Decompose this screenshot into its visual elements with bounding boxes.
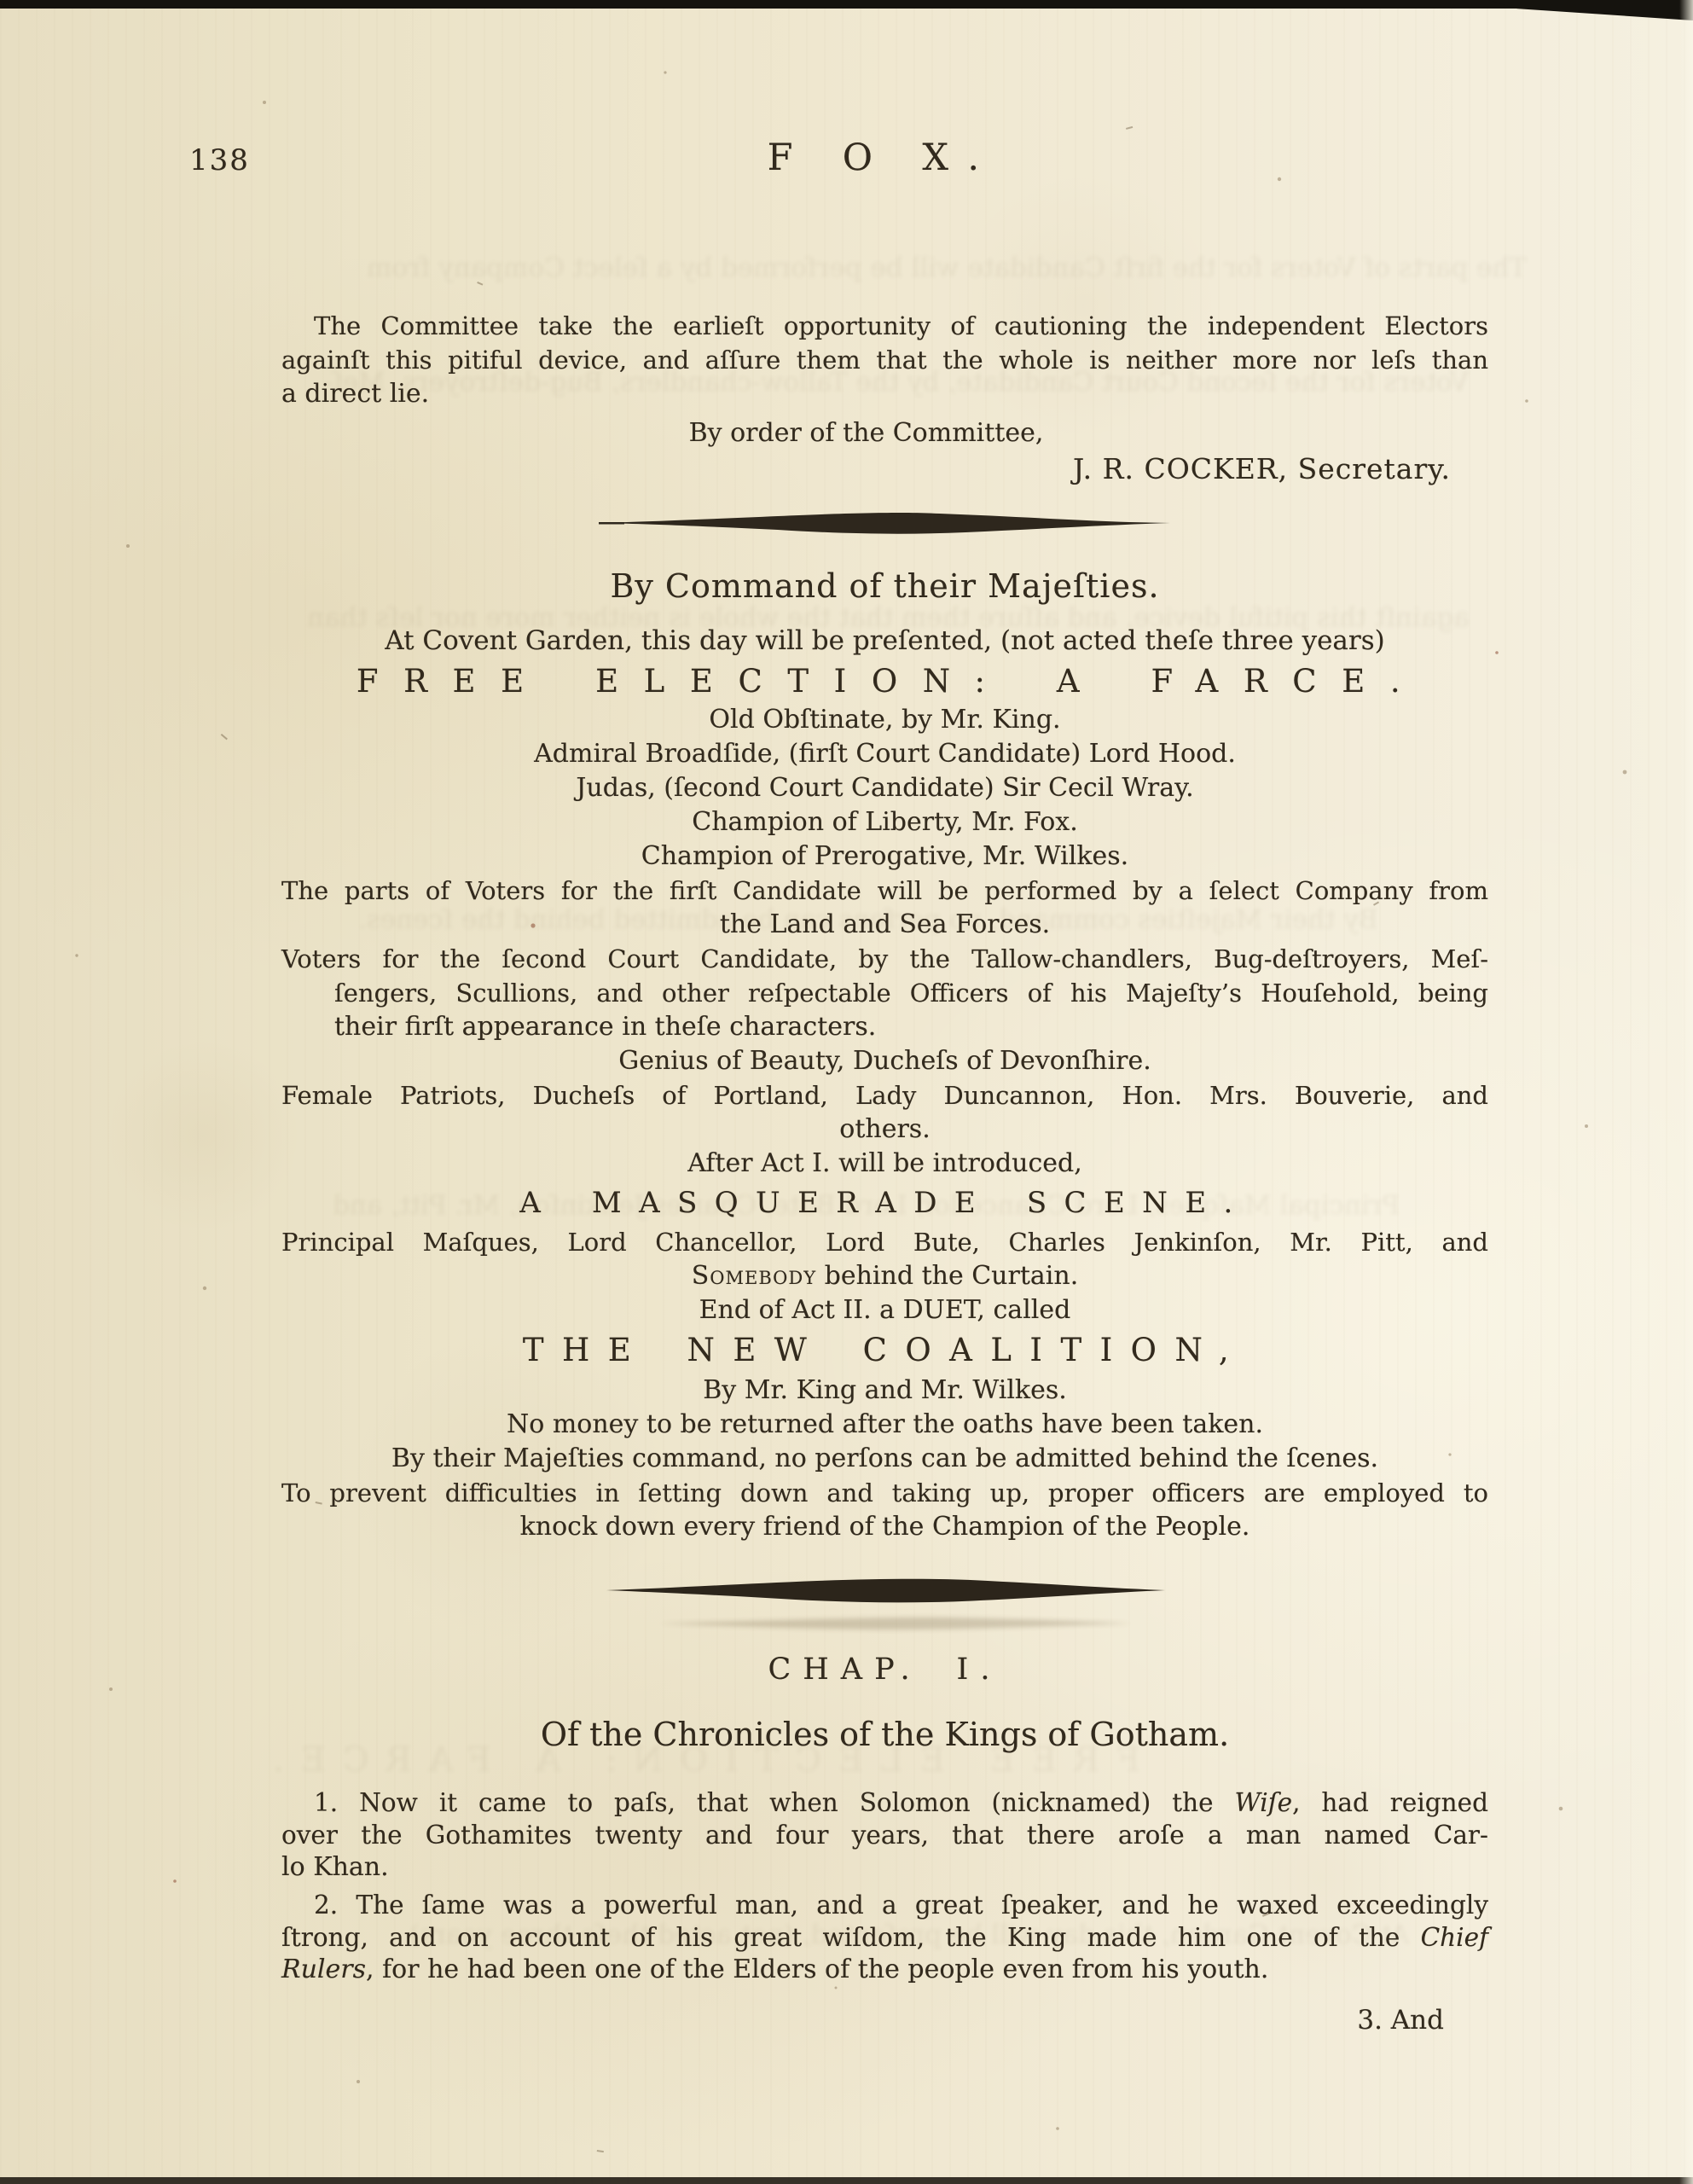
text-line: Genius of Beauty, Ducheſs of Devonſhire. bbox=[281, 1044, 1488, 1078]
text-segment: Champion of Prerogative, Mr. Wilkes. bbox=[641, 841, 1128, 871]
text-segment: againſt this pitiful device, and aſſure … bbox=[281, 346, 1488, 375]
text-segment: a direct lie. bbox=[281, 379, 429, 409]
text-segment: End of Act II. a DUET, called bbox=[699, 1295, 1071, 1325]
text-line: Female Patriots, Ducheſs of Portland, La… bbox=[281, 1078, 1488, 1112]
playbill-body: Old Obſtinate, by Mr. King.Admiral Broad… bbox=[281, 703, 1488, 1544]
text-segment: Voters for the ſecond Court Candidate, b… bbox=[281, 944, 1488, 973]
text-segment: The parts of Voters for the firſt Candid… bbox=[281, 876, 1488, 905]
text-line: End of Act II. a DUET, called bbox=[281, 1293, 1488, 1327]
swelled-rule-divider bbox=[281, 510, 1488, 539]
italic-text: Rulers bbox=[281, 1955, 366, 1984]
text-segment: Genius of Beauty, Ducheſs of Devonſhire. bbox=[618, 1046, 1151, 1076]
text-line: The Committee take the earlieſt opportun… bbox=[281, 309, 1488, 343]
text-segment: Champion of Liberty, Mr. Fox. bbox=[692, 807, 1077, 837]
text-segment: the Land and Sea Forces. bbox=[720, 909, 1050, 939]
text-segment: To prevent difficulties in ſetting down … bbox=[281, 1478, 1488, 1507]
text-segment: Old Obſtinate, by Mr. King. bbox=[709, 705, 1060, 735]
committee-signature: J. R. COCKER, Secretary. bbox=[281, 450, 1488, 488]
verso-show-through: The parts of Voters for the firſt Candid… bbox=[367, 253, 1527, 283]
text-line: ſengers, Scullions, and other reſpectabl… bbox=[281, 976, 1488, 1010]
text-line: 1. Now it came to paſs, that when Solomo… bbox=[281, 1786, 1488, 1819]
chapter-opening: CHAP. I. Of the Chronicles of the Kings … bbox=[281, 1650, 1488, 2036]
text-segment: No money to be returned after the oaths … bbox=[507, 1409, 1263, 1439]
chapter-subtitle: Of the Chronicles of the Kings of Gotham… bbox=[281, 1713, 1488, 1756]
scan-top-edge bbox=[0, 0, 1693, 9]
text-segment: , for he had been one of the Elders of t… bbox=[366, 1955, 1268, 1984]
text-line: their firſt appearance in theſe characte… bbox=[281, 1010, 1488, 1044]
text-line: No money to be returned after the oaths … bbox=[281, 1408, 1488, 1442]
text-line: Old Obſtinate, by Mr. King. bbox=[281, 703, 1488, 737]
chapter-verses: 1. Now it came to paſs, that when Solomo… bbox=[281, 1786, 1488, 1986]
text-line: Champion of Liberty, Mr. Fox. bbox=[281, 805, 1488, 839]
text-line: The parts of Voters for the firſt Candid… bbox=[281, 874, 1488, 908]
text-line: againſt this pitiful device, and aſſure … bbox=[281, 343, 1488, 377]
swelled-rule-icon bbox=[604, 1577, 1167, 1606]
text-line: After Act I. will be introduced, bbox=[281, 1147, 1488, 1181]
text-column: The Committee take the earlieſt opportun… bbox=[281, 309, 1488, 2036]
ghost-rule-icon bbox=[656, 1614, 1133, 1633]
text-segment: Female Patriots, Ducheſs of Portland, La… bbox=[281, 1081, 1488, 1110]
committee-notice: The Committee take the earlieſt opportun… bbox=[281, 309, 1488, 488]
text-segment: Principal Maſques, Lord Chancellor, Lord… bbox=[281, 1228, 1488, 1257]
text-line: a direct lie. bbox=[281, 377, 1488, 411]
text-line: THE NEW COALITION, bbox=[281, 1327, 1488, 1374]
text-line: the Land and Sea Forces. bbox=[281, 908, 1488, 942]
text-line: Judas, (ſecond Court Candidate) Sir Ceci… bbox=[281, 771, 1488, 805]
swelled-rule-divider bbox=[281, 1577, 1488, 1606]
text-line: over the Gothamites twenty and four year… bbox=[281, 1819, 1488, 1851]
committee-notice-body: The Committee take the earlieſt opportun… bbox=[281, 309, 1488, 411]
text-line: Rulers, for he had been one of the Elder… bbox=[281, 1954, 1488, 1986]
playbill-title: FREE ELECTION: A FARCE. bbox=[293, 660, 1488, 703]
text-line: Admiral Broadſide, (firſt Court Candidat… bbox=[281, 737, 1488, 771]
text-line: others. bbox=[281, 1112, 1488, 1147]
text-segment: THE NEW COALITION, bbox=[523, 1332, 1247, 1368]
text-segment: behind the Curtain. bbox=[816, 1261, 1078, 1291]
text-segment: 1. Now it came to paſs, that when Solomo… bbox=[314, 1788, 1234, 1817]
text-line: To prevent difficulties in ſetting down … bbox=[281, 1476, 1488, 1510]
italic-text: Wiſe bbox=[1234, 1788, 1292, 1817]
page-fore-edge bbox=[1679, 0, 1693, 2184]
text-segment: ſtrong, and on account of his great wiſd… bbox=[281, 1923, 1421, 1952]
committee-byline: By order of the Committee, bbox=[263, 416, 1470, 450]
text-line: 2. The ſame was a powerful man, and a gr… bbox=[281, 1889, 1488, 1921]
text-segment: By their Majeſties command, no perſons c… bbox=[391, 1443, 1378, 1473]
text-line: Voters for the ſecond Court Candidate, b… bbox=[281, 942, 1488, 976]
text-line: By their Majeſties command, no perſons c… bbox=[281, 1442, 1488, 1476]
text-segment: their firſt appearance in theſe characte… bbox=[334, 1012, 876, 1042]
text-segment: By Mr. King and Mr. Wilkes. bbox=[703, 1375, 1067, 1405]
italic-text: Chief bbox=[1421, 1923, 1488, 1952]
page-number: 138 bbox=[189, 143, 250, 177]
swelled-rule-icon bbox=[599, 510, 1172, 536]
text-segment: knock down every friend of the Champion … bbox=[520, 1512, 1250, 1542]
text-line: lo Khan. bbox=[281, 1851, 1488, 1884]
text-segment: The Committee take the earlieſt opportun… bbox=[314, 311, 1488, 340]
running-title: F O X. bbox=[768, 136, 999, 179]
text-line: knock down every friend of the Champion … bbox=[281, 1510, 1488, 1544]
text-segment: A MASQUERADE SCENE. bbox=[519, 1186, 1250, 1220]
text-line: Champion of Prerogative, Mr. Wilkes. bbox=[281, 839, 1488, 874]
text-segment: , had reigned bbox=[1292, 1788, 1488, 1817]
scan-corner-shadow bbox=[1488, 0, 1693, 20]
text-line: Principal Maſques, Lord Chancellor, Lord… bbox=[281, 1225, 1488, 1259]
chapter-heading: CHAP. I. bbox=[281, 1650, 1488, 1689]
text-segment: ſengers, Scullions, and other reſpectabl… bbox=[334, 979, 1488, 1008]
text-line: By Mr. King and Mr. Wilkes. bbox=[281, 1374, 1488, 1408]
text-line: A MASQUERADE SCENE. bbox=[281, 1181, 1488, 1225]
scan-bottom-edge bbox=[0, 2177, 1693, 2184]
text-segment: lo Khan. bbox=[281, 1852, 389, 1882]
text-line: ſtrong, and on account of his great wiſd… bbox=[281, 1921, 1488, 1954]
text-line: Somebody behind the Curtain. bbox=[281, 1259, 1488, 1293]
text-segment: others. bbox=[839, 1114, 930, 1144]
catchword: 3. And bbox=[281, 2005, 1488, 2036]
text-segment: 2. The ſame was a powerful man, and a gr… bbox=[314, 1891, 1488, 1920]
text-segment: After Act I. will be introduced, bbox=[687, 1148, 1082, 1178]
playbill-venue-line: At Covent Garden, this day will be preſe… bbox=[281, 623, 1488, 659]
playbill-command-heading: By Command of their Majeſties. bbox=[281, 565, 1488, 607]
playbill: By Command of their Majeſties. At Covent… bbox=[281, 565, 1488, 1544]
small-caps-text: Somebody bbox=[692, 1261, 816, 1291]
book-page-scan: The parts of Voters for the firſt Candid… bbox=[0, 0, 1693, 2184]
text-segment: over the Gothamites twenty and four year… bbox=[281, 1821, 1488, 1850]
text-segment: Judas, (ſecond Court Candidate) Sir Ceci… bbox=[576, 773, 1193, 803]
text-segment: Admiral Broadſide, (firſt Court Candidat… bbox=[534, 739, 1236, 769]
